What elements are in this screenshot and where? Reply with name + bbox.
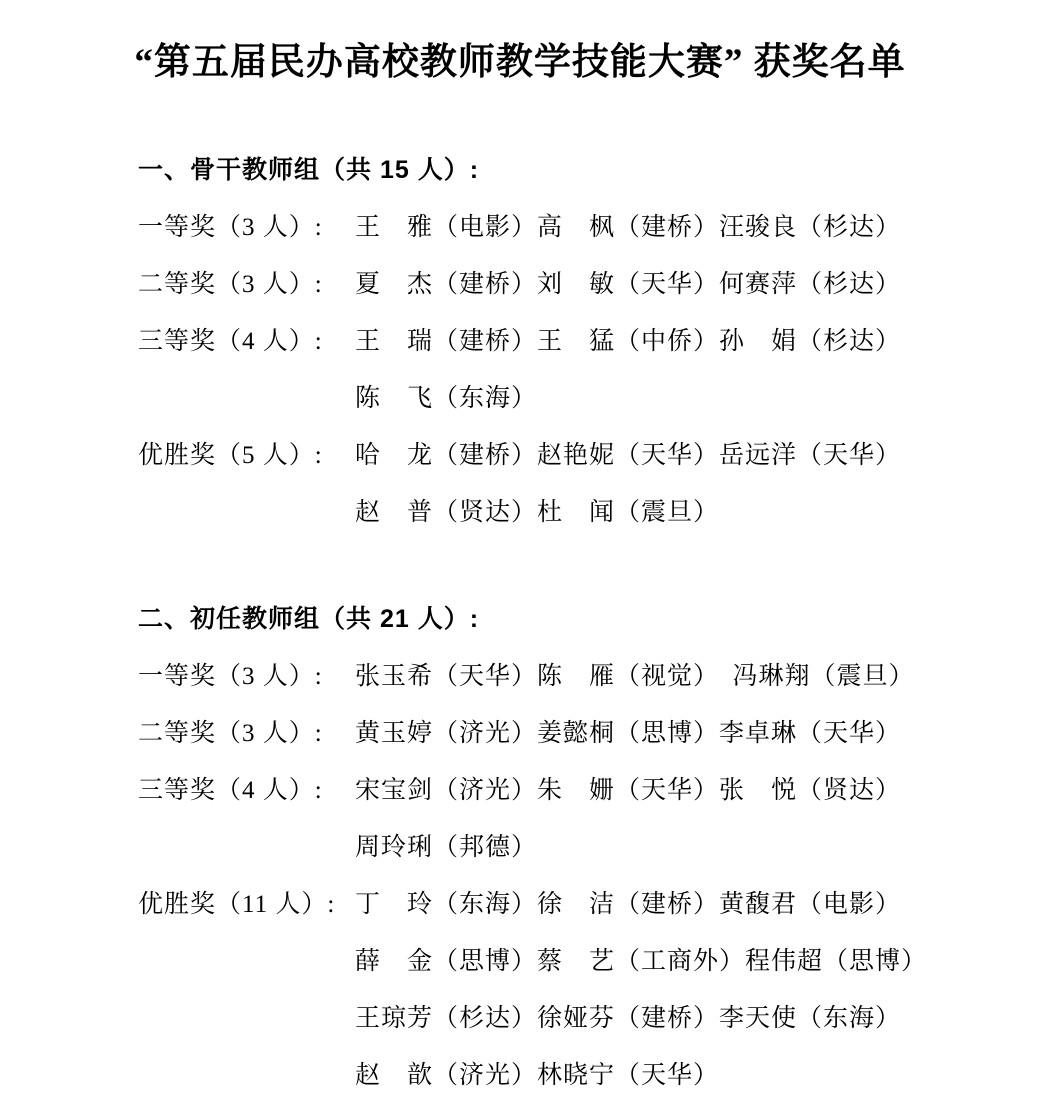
award-winners: 黄玉婷（济光）姜懿桐（思博）李卓琳（天华） [355, 705, 950, 762]
award-line: 薛 金（思博）蔡 艺（工商外）程伟超（思博） [355, 933, 950, 990]
award-row-third-prize: 三等奖（4 人）: 宋宝剑（济光）朱 姗（天华）张 悦（贤达） 周玲琍（邦德） [138, 762, 950, 876]
award-label: 优胜奖（11 人）: [138, 876, 355, 933]
award-line: 宋宝剑（济光）朱 姗（天华）张 悦（贤达） [355, 762, 950, 819]
award-row-merit-prize: 优胜奖（5 人）: 哈 龙（建桥）赵艳妮（天华）岳远洋（天华） 赵 普（贤达）杜… [138, 427, 950, 541]
award-winners: 王 雅（电影）高 枫（建桥）汪骏良（杉达） [355, 199, 950, 256]
award-label: 三等奖（4 人）: [138, 762, 355, 819]
award-line: 周玲琍（邦德） [355, 819, 950, 876]
award-line: 张玉希（天华）陈 雁（视觉） 冯琳翔（震旦） [355, 648, 950, 705]
award-row-first-prize: 一等奖（3 人）: 王 雅（电影）高 枫（建桥）汪骏良（杉达） [138, 199, 950, 256]
award-label: 二等奖（3 人）: [138, 705, 355, 762]
award-winners: 哈 龙（建桥）赵艳妮（天华）岳远洋（天华） 赵 普（贤达）杜 闻（震旦） [355, 427, 950, 541]
award-line: 丁 玲（东海）徐 洁（建桥）黄馥君（电影） [355, 876, 950, 933]
award-line: 王 瑞（建桥）王 猛（中侨）孙 娟（杉达） [355, 313, 950, 370]
award-line: 王琼芳（杉达）徐娅芬（建桥）李天使（东海） [355, 990, 950, 1047]
award-row-second-prize: 二等奖（3 人）: 夏 杰（建桥）刘 敏（天华）何赛萍（杉达） [138, 256, 950, 313]
award-winners: 丁 玲（东海）徐 洁（建桥）黄馥君（电影） 薛 金（思博）蔡 艺（工商外）程伟超… [355, 876, 950, 1104]
section-new-teachers: 二、初任教师组（共 21 人）: 一等奖（3 人）: 张玉希（天华）陈 雁（视觉… [138, 591, 950, 1104]
award-row-third-prize: 三等奖（4 人）: 王 瑞（建桥）王 猛（中侨）孙 娟（杉达） 陈 飞（东海） [138, 313, 950, 427]
award-row-merit-prize: 优胜奖（11 人）: 丁 玲（东海）徐 洁（建桥）黄馥君（电影） 薛 金（思博）… [138, 876, 950, 1104]
document-title: “第五届民办高校教师教学技能大赛” 获奖名单 [0, 38, 1040, 88]
section-backbone-teachers: 一、骨干教师组（共 15 人）: 一等奖（3 人）: 王 雅（电影）高 枫（建桥… [138, 142, 950, 541]
award-line: 赵 歆（济光）林晓宁（天华） [355, 1047, 950, 1104]
award-row-first-prize: 一等奖（3 人）: 张玉希（天华）陈 雁（视觉） 冯琳翔（震旦） [138, 648, 950, 705]
award-winners: 王 瑞（建桥）王 猛（中侨）孙 娟（杉达） 陈 飞（东海） [355, 313, 950, 427]
award-winners: 张玉希（天华）陈 雁（视觉） 冯琳翔（震旦） [355, 648, 950, 705]
award-label: 一等奖（3 人）: [138, 648, 355, 705]
award-line: 王 雅（电影）高 枫（建桥）汪骏良（杉达） [355, 199, 950, 256]
award-label: 优胜奖（5 人）: [138, 427, 355, 484]
award-line: 赵 普（贤达）杜 闻（震旦） [355, 484, 950, 541]
award-line: 陈 飞（东海） [355, 370, 950, 427]
award-line: 夏 杰（建桥）刘 敏（天华）何赛萍（杉达） [355, 256, 950, 313]
document-page: “第五届民办高校教师教学技能大赛” 获奖名单 一、骨干教师组（共 15 人）: … [0, 0, 1040, 1104]
award-label: 三等奖（4 人）: [138, 313, 355, 370]
award-label: 一等奖（3 人）: [138, 199, 355, 256]
award-row-second-prize: 二等奖（3 人）: 黄玉婷（济光）姜懿桐（思博）李卓琳（天华） [138, 705, 950, 762]
award-winners: 宋宝剑（济光）朱 姗（天华）张 悦（贤达） 周玲琍（邦德） [355, 762, 950, 876]
award-line: 哈 龙（建桥）赵艳妮（天华）岳远洋（天华） [355, 427, 950, 484]
award-winners: 夏 杰（建桥）刘 敏（天华）何赛萍（杉达） [355, 256, 950, 313]
section-heading: 二、初任教师组（共 21 人）: [138, 591, 950, 648]
section-heading: 一、骨干教师组（共 15 人）: [138, 142, 950, 199]
award-line: 黄玉婷（济光）姜懿桐（思博）李卓琳（天华） [355, 705, 950, 762]
award-label: 二等奖（3 人）: [138, 256, 355, 313]
